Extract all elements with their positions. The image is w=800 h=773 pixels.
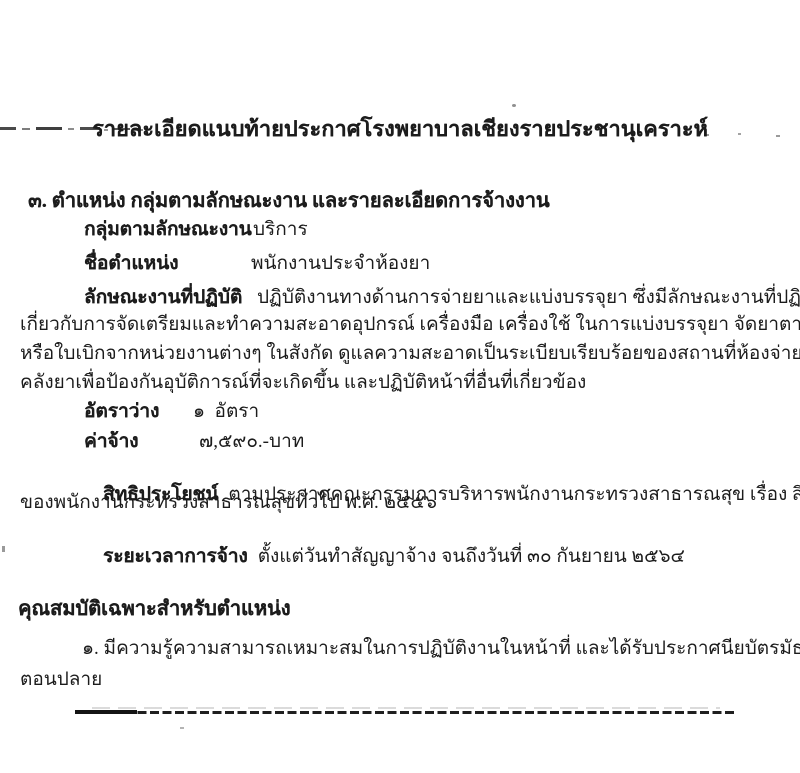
qualification-item-line-2: ตอนปลาย: [20, 668, 102, 691]
wage-label: ค่าจ้าง: [84, 430, 138, 453]
footer-dashed-line-start: [75, 710, 137, 714]
duty-value-line-4: คลังยาเพื่อป้องกันอุบัติการณ์ที่จะเกิดขึ…: [20, 371, 586, 394]
duty-value-line-1: ปฏิบัติงานทางด้านการจ่ายยาและแบ่งบรรจุยา…: [257, 286, 800, 309]
wage-value: ๗,๕๙๐.-บาท: [199, 430, 304, 453]
document-title: รายละเอียดแนบท้ายประกาศโรงพยาบาลเชียงราย…: [0, 112, 800, 146]
position-name-value: พนักงานประจำห้องยา: [251, 252, 430, 275]
vacancy-label: อัตราว่าง: [84, 400, 159, 423]
vacancy-value: ๑ อัตรา: [193, 400, 259, 423]
duty-value-line-2: เกี่ยวกับการจัดเตรียมและทำความสะอาดอุปกร…: [20, 313, 800, 336]
footer-dashed-line-fuzz: [92, 707, 720, 709]
position-name-label: ชื่อตำแหน่ง: [84, 252, 178, 275]
footer-dashed-line: [75, 711, 735, 714]
duration-text: ตั้งแต่วันทำสัญญาจ้าง จนถึงวันที่ ๓๐ กัน…: [258, 546, 685, 567]
duty-value-line-3: หรือใบเบิกจากหน่วยงานต่างๆ ในสังกัด ดูแล…: [20, 342, 800, 365]
section-3-heading: ๓. ตำแหน่ง กลุ่มตามลักษณะงาน และรายละเอี…: [28, 184, 549, 216]
duration-line: ระยะเวลาการจ้างตั้งแต่วันทำสัญญาจ้าง จนถ…: [84, 522, 685, 591]
document-page: รายละเอียดแนบท้ายประกาศโรงพยาบาลเชียงราย…: [0, 0, 800, 773]
scan-artifact-speck: [2, 546, 5, 552]
work-group-value: บริการ: [253, 218, 308, 241]
benefits-line-2: ของพนักงานกระทรวงสาธารณสุขทั่วไป พ.ศ. ๒๕…: [20, 491, 437, 514]
scan-artifact-speck: [180, 727, 184, 729]
work-group-label: กลุ่มตามลักษณะงาน: [84, 218, 252, 241]
qualification-item-line-1: ๑. มีความรู้ความสามารถเหมาะสมในการปฏิบัต…: [82, 637, 800, 660]
scan-artifact-speck: [512, 104, 516, 107]
duration-label: ระยะเวลาการจ้าง: [103, 546, 248, 567]
duty-label: ลักษณะงานที่ปฏิบัติ: [84, 286, 242, 309]
qualifications-heading: คุณสมบัติเฉพาะสำหรับตำแหน่ง: [18, 592, 290, 624]
